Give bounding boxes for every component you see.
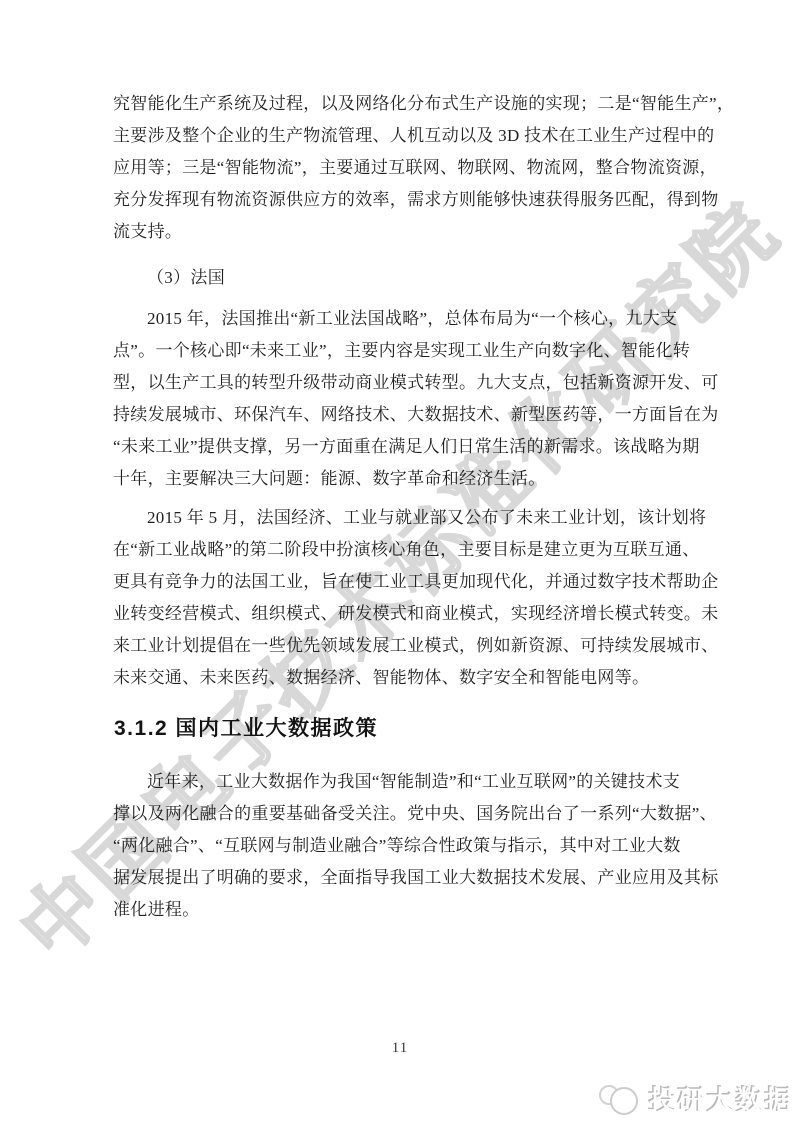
text-line: 持续发展城市、环保汽车、网络技术、大数据技术、新型医药等，一方面旨在为 — [113, 399, 689, 431]
text-line: 撑以及两化融合的重要基础备受关注。党中央、国务院出台了一系列“大数据”、 — [113, 798, 689, 830]
subitem-heading: （3）法国 — [113, 262, 689, 294]
text-line: 应用等；三是“智能物流”，主要通过互联网、物联网、物流网，整合物流资源， — [113, 152, 689, 184]
overlapping-circles-icon — [596, 1080, 644, 1118]
text-line: 更具有竞争力的法国工业，旨在使工业工具更加现代化，并通过数字技术帮助企 — [113, 566, 689, 598]
circle-big — [610, 1087, 638, 1115]
text-line: 2015 年，法国推出“新工业法国战略”，总体布局为“一个核心，九大支 — [113, 303, 689, 335]
text-line: 十年，主要解决三大问题：能源、数字革命和经济生活。 — [113, 463, 689, 495]
text-line: 流支持。 — [113, 216, 689, 248]
text-line: 准化进程。 — [113, 894, 689, 926]
paragraph-france-strategy: 2015 年，法国推出“新工业法国战略”，总体布局为“一个核心，九大支 点”。一… — [113, 303, 689, 495]
subitem-label: （3）法国 — [113, 262, 689, 294]
text-line: 业转变经营模式、组织模式、研发模式和商业模式，实现经济增长模式转变。未 — [113, 598, 689, 630]
brand-name: 投研大数据 — [649, 1079, 794, 1118]
text-line: 主要涉及整个企业的生产物流管理、人机互动以及 3D 技术在工业生产过程中的 — [113, 120, 689, 152]
paragraph-continuation: 究智能化生产系统及过程，以及网络化分布式生产设施的实现；二是“智能生产”， 主要… — [113, 88, 689, 248]
text-line: 点”。一个核心即“未来工业”，主要内容是实现工业生产向数字化、智能化转 — [113, 335, 689, 367]
text-line: 未来交通、未来医药、数据经济、智能物体、数字安全和智能电网等。 — [113, 662, 689, 694]
brand-watermark: 投研大数据 — [596, 1079, 794, 1118]
document-page: 中国电子技术标准化研究院 究智能化生产系统及过程，以及网络化分布式生产设施的实现… — [0, 0, 800, 1131]
text-line: “两化融合”、“互联网与制造业融合”等综合性政策与指示，其中对工业大数 — [113, 830, 689, 862]
page-number: 11 — [0, 1040, 800, 1057]
paragraph-future-industry-plan: 2015 年 5 月，法国经济、工业与就业部又公布了未来工业计划，该计划将 在“… — [113, 502, 689, 694]
text-line: 据发展提出了明确的要求，全面指导我国工业大数据技术发展、产业应用及其标 — [113, 862, 689, 894]
section-heading: 3.1.2 国内工业大数据政策 — [114, 712, 378, 742]
text-line: 2015 年 5 月，法国经济、工业与就业部又公布了未来工业计划，该计划将 — [113, 502, 689, 534]
text-line: 在“新工业战略”的第二阶段中扮演核心角色，主要目标是建立更为互联互通、 — [113, 534, 689, 566]
text-line: 究智能化生产系统及过程，以及网络化分布式生产设施的实现；二是“智能生产”， — [113, 88, 689, 120]
text-line: 充分发挥现有物流资源供应方的效率，需求方则能够快速获得服务匹配，得到物 — [113, 184, 689, 216]
text-line: 近年来，工业大数据作为我国“智能制造”和“工业互联网”的关键技术支 — [113, 766, 689, 798]
text-line: “未来工业”提供支撑，另一方面重在满足人们日常生活的新需求。该战略为期 — [113, 431, 689, 463]
text-line: 来工业计划提倡在一些优先领域发展工业模式，例如新资源、可持续发展城市、 — [113, 630, 689, 662]
paragraph-domestic-policy: 近年来，工业大数据作为我国“智能制造”和“工业互联网”的关键技术支 撑以及两化融… — [113, 766, 689, 926]
text-line: 型，以生产工具的转型升级带动商业模式转型。九大支点，包括新资源开发、可 — [113, 367, 689, 399]
